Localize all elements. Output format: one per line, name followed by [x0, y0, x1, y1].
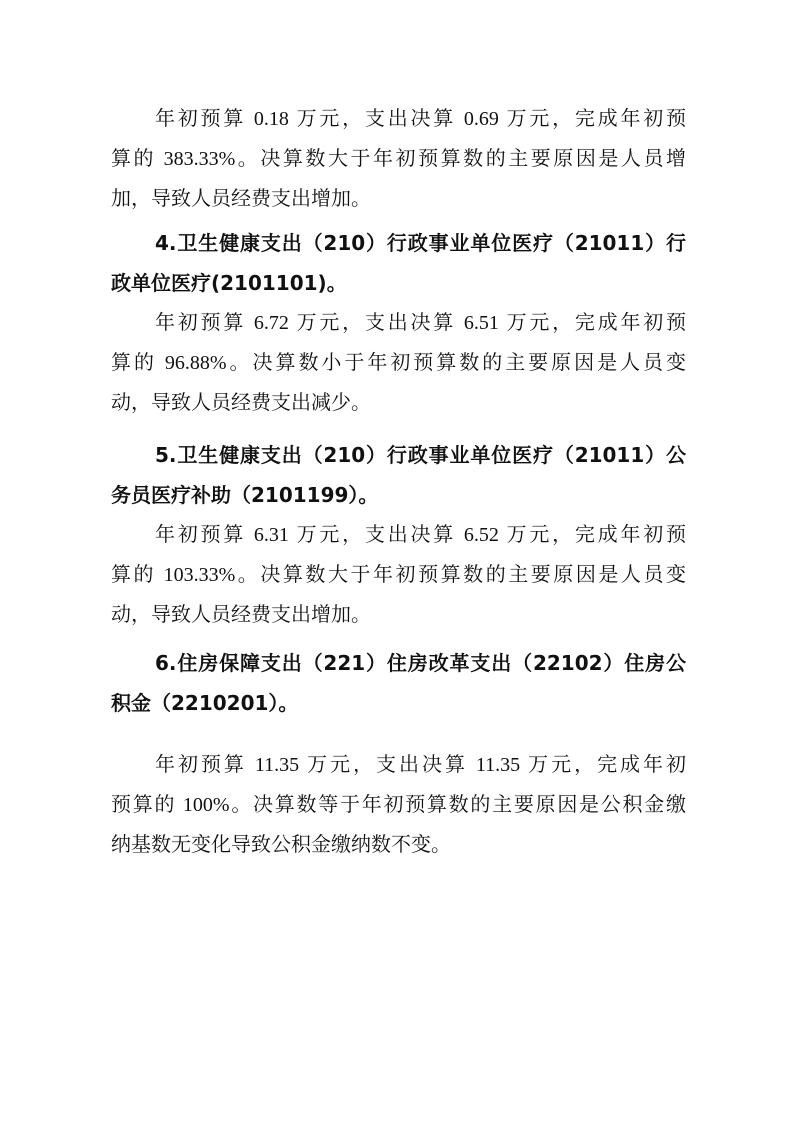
paragraph-budget-note-item-3: 年初预算 0.18 万元，支出决算 0.69 万元，完成年初预 算的 383.3…: [111, 99, 686, 219]
text-line: 加，导致人员经费支出增加。: [111, 179, 686, 219]
text-line: 算的 103.33%。决算数大于年初预算数的主要原因是人员变: [111, 555, 686, 595]
text-line: 务员医疗补助（2101199）。: [111, 475, 686, 515]
text-line: 积金（2210201）。: [111, 683, 686, 723]
text-line: 年初预算 11.35 万元，支出决算 11.35 万元，完成年初: [111, 745, 686, 785]
text-line: 算的 383.33%。决算数大于年初预算数的主要原因是人员增: [111, 139, 686, 179]
document-page: 年初预算 0.18 万元，支出决算 0.69 万元，完成年初预 算的 383.3…: [0, 0, 793, 1122]
text-line: 动，导致人员经费支出增加。: [111, 595, 686, 635]
text-line: 5.卫生健康支出（210）行政事业单位医疗（21011）公: [111, 435, 686, 475]
text-line: 4.卫生健康支出（210）行政事业单位医疗（21011）行: [111, 223, 686, 263]
paragraph-budget-note-item-5: 年初预算 6.31 万元，支出决算 6.52 万元，完成年初预 算的 103.3…: [111, 515, 686, 635]
paragraph-budget-note-item-6: 年初预算 11.35 万元，支出决算 11.35 万元，完成年初 预算的 100…: [111, 745, 686, 865]
text-line: 6.住房保障支出（221）住房改革支出（22102）住房公: [111, 643, 686, 683]
heading-item-5: 5.卫生健康支出（210）行政事业单位医疗（21011）公 务员医疗补助（210…: [111, 435, 686, 515]
heading-item-6: 6.住房保障支出（221）住房改革支出（22102）住房公 积金（2210201…: [111, 643, 686, 723]
text-line: 政单位医疗(2101101)。: [111, 263, 686, 303]
paragraph-budget-note-item-4: 年初预算 6.72 万元，支出决算 6.51 万元，完成年初预 算的 96.88…: [111, 303, 686, 423]
text-line: 预算的 100%。决算数等于年初预算数的主要原因是公积金缴: [111, 785, 686, 825]
text-line: 算的 96.88%。决算数小于年初预算数的主要原因是人员变: [111, 343, 686, 383]
text-line: 年初预算 6.31 万元，支出决算 6.52 万元，完成年初预: [111, 515, 686, 555]
heading-item-4: 4.卫生健康支出（210）行政事业单位医疗（21011）行 政单位医疗(2101…: [111, 223, 686, 303]
text-line: 纳基数无变化导致公积金缴纳数不变。: [111, 825, 686, 865]
text-line: 动，导致人员经费支出减少。: [111, 383, 686, 423]
text-line: 年初预算 6.72 万元，支出决算 6.51 万元，完成年初预: [111, 303, 686, 343]
text-line: 年初预算 0.18 万元，支出决算 0.69 万元，完成年初预: [111, 99, 686, 139]
